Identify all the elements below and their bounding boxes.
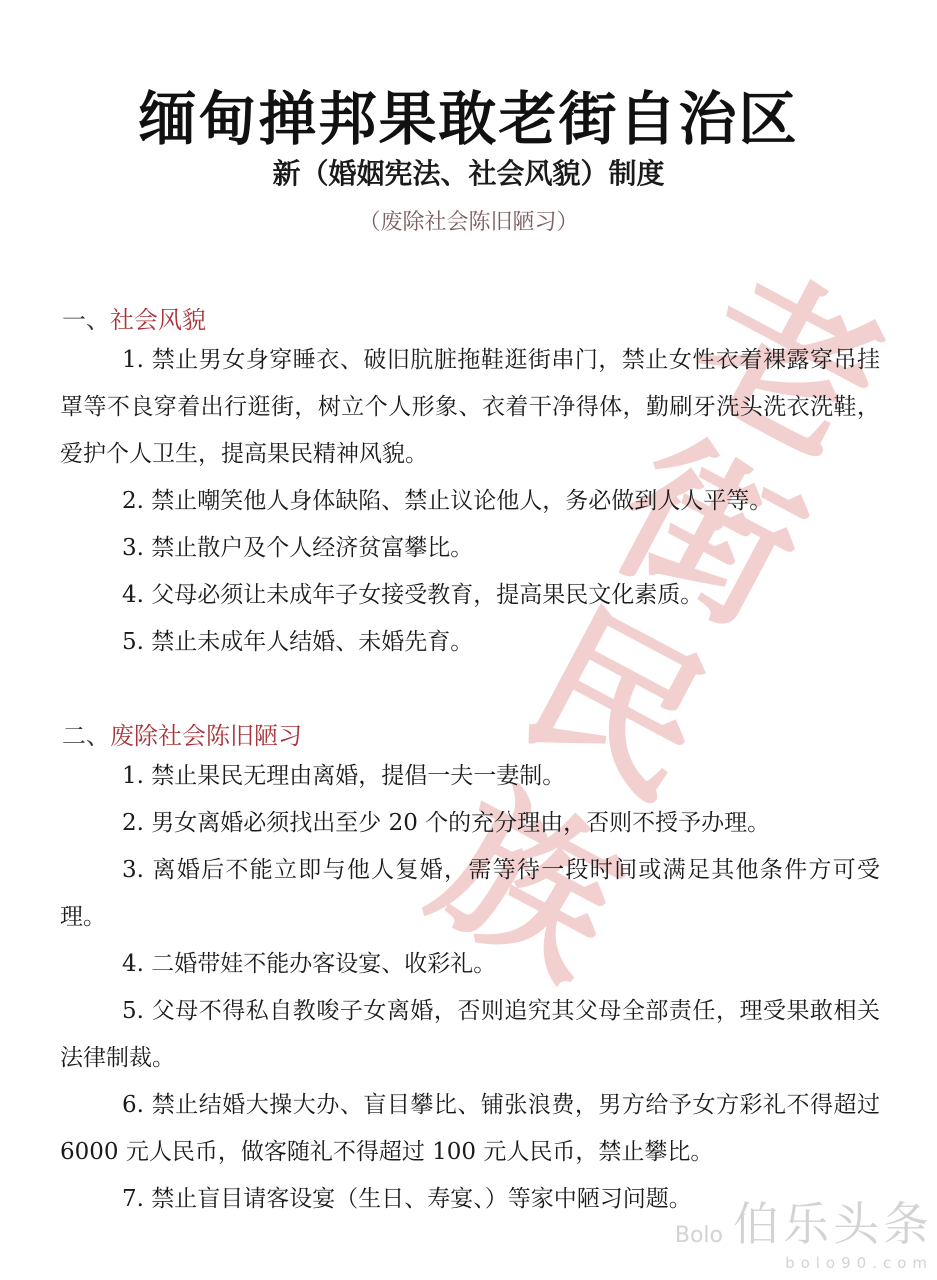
section-prefix: 二、 — [62, 722, 110, 750]
section-2-item-2: 2. 男女离婚必须找出至少 20 个的充分理由，否则不授予办理。 — [60, 800, 880, 847]
section-1-item-5: 5. 禁止未成年人结婚、未婚先育。 — [60, 619, 880, 666]
watermark-logo: Bolo — [675, 1223, 723, 1248]
section-2-item-1: 1. 禁止果民无理由离婚，提倡一夫一妻制。 — [60, 753, 880, 800]
section-heading-2: 二、废除社会陈旧陋习 — [62, 716, 302, 751]
section-1-item-2: 2. 禁止嘲笑他人身体缺陷、禁止议论他人，务必做到人人平等。 — [60, 478, 880, 525]
section-heading-1: 一、社会风貌 — [62, 300, 206, 335]
document-subnote: （废除社会陈旧陋习） — [0, 205, 937, 236]
section-2-item-4: 4. 二婚带娃不能办客设宴、收彩礼。 — [60, 941, 880, 988]
source-watermark: Bolo伯乐头条 bolo90.com — [675, 1188, 933, 1272]
document-subtitle: 新（婚姻宪法、社会风貌）制度 — [0, 152, 937, 192]
section-2-item-6: 6. 禁止结婚大操大办、盲目攀比、铺张浪费，男方给予女方彩礼不得超过 6000 … — [60, 1082, 880, 1176]
section-title: 社会风貌 — [110, 306, 206, 334]
watermark-url: bolo90.com — [675, 1254, 933, 1272]
document-title: 缅甸掸邦果敢老街自治区 — [0, 72, 937, 156]
section-1-item-1: 1. 禁止男女身穿睡衣、破旧肮脏拖鞋逛街串门，禁止女性衣着裸露穿吊挂罩等不良穿着… — [60, 337, 880, 478]
section-1-item-4: 4. 父母必须让未成年子女接受教育，提高果民文化素质。 — [60, 572, 880, 619]
section-1-item-3: 3. 禁止散户及个人经济贫富攀比。 — [60, 525, 880, 572]
section-2-item-3: 3. 离婚后不能立即与他人复婚，需等待一段时间或满足其他条件方可受理。 — [60, 847, 880, 941]
section-prefix: 一、 — [62, 306, 110, 334]
section-title: 废除社会陈旧陋习 — [110, 722, 302, 750]
section-2-item-5: 5. 父母不得私自教唆子女离婚，否则追究其父母全部责任，理受果敢相关法律制裁。 — [60, 988, 880, 1082]
watermark-name: 伯乐头条 — [733, 1197, 933, 1251]
